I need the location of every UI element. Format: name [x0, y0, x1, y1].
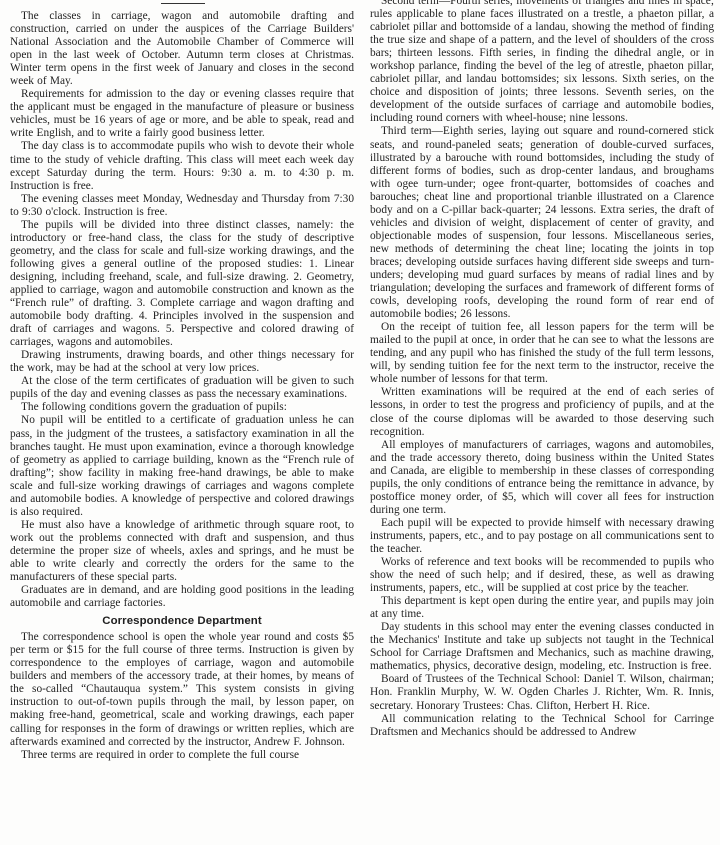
paragraph-evening-classes: The evening classes meet Monday, Wednesd…	[10, 193, 354, 219]
paragraph-reference-works: Works of reference and text books will b…	[370, 556, 714, 595]
paragraph-eligibility: All employes of manufacturers of carriag…	[370, 439, 714, 517]
paragraph-certificates: At the close of the term certificates of…	[10, 375, 354, 401]
paragraph-graduates-demand: Graduates are in demand, and are holding…	[10, 584, 354, 610]
paragraph-correspondence-school: The correspondence school is open the wh…	[10, 631, 354, 748]
paragraph-arithmetic-requirement: He must also have a knowledge of arithme…	[10, 519, 354, 584]
paragraph-written-examinations: Written examinations will be required at…	[370, 386, 714, 438]
paragraph-drawing-instruments: Drawing instruments, drawing boards, and…	[10, 349, 354, 375]
paragraph-tuition-receipt: On the receipt of tuition fee, all lesso…	[370, 321, 714, 386]
paragraph-admission-requirements: Requirements for admission to the day or…	[10, 88, 354, 140]
paragraph-graduation-conditions: The following conditions govern the grad…	[10, 401, 354, 414]
paragraph-day-class: The day class is to accommodate pupils w…	[10, 140, 354, 192]
document-page: The classes in carriage, wagon and autom…	[0, 0, 720, 845]
right-column: Second term—Fourth series, movements of …	[370, 0, 714, 739]
paragraph-day-students: Day students in this school may enter th…	[370, 621, 714, 673]
paragraph-class-divisions: The pupils will be divided into three di…	[10, 219, 354, 349]
paragraph-department-open: This department is kept open during the …	[370, 595, 714, 621]
paragraph-board-of-trustees: Board of Trustees of the Technical Schoo…	[370, 673, 714, 712]
paragraph-communication-address: All communication relating to the Techni…	[370, 713, 714, 739]
paragraph-third-term: Third term—Eighth series, laying out squ…	[370, 125, 714, 321]
paragraph-class-schedule: The classes in carriage, wagon and autom…	[10, 10, 354, 88]
paragraph-second-term: Second term—Fourth series, movements of …	[370, 0, 714, 125]
paragraph-three-terms: Three terms are required in order to com…	[10, 749, 354, 762]
top-separator-rule	[161, 3, 205, 4]
paragraph-certificate-requirements: No pupil will be entitled to a certifica…	[10, 414, 354, 518]
section-heading-correspondence: Correspondence Department	[10, 615, 354, 628]
left-column: The classes in carriage, wagon and autom…	[10, 10, 354, 762]
paragraph-pupil-supplies: Each pupil will be expected to provide h…	[370, 517, 714, 556]
